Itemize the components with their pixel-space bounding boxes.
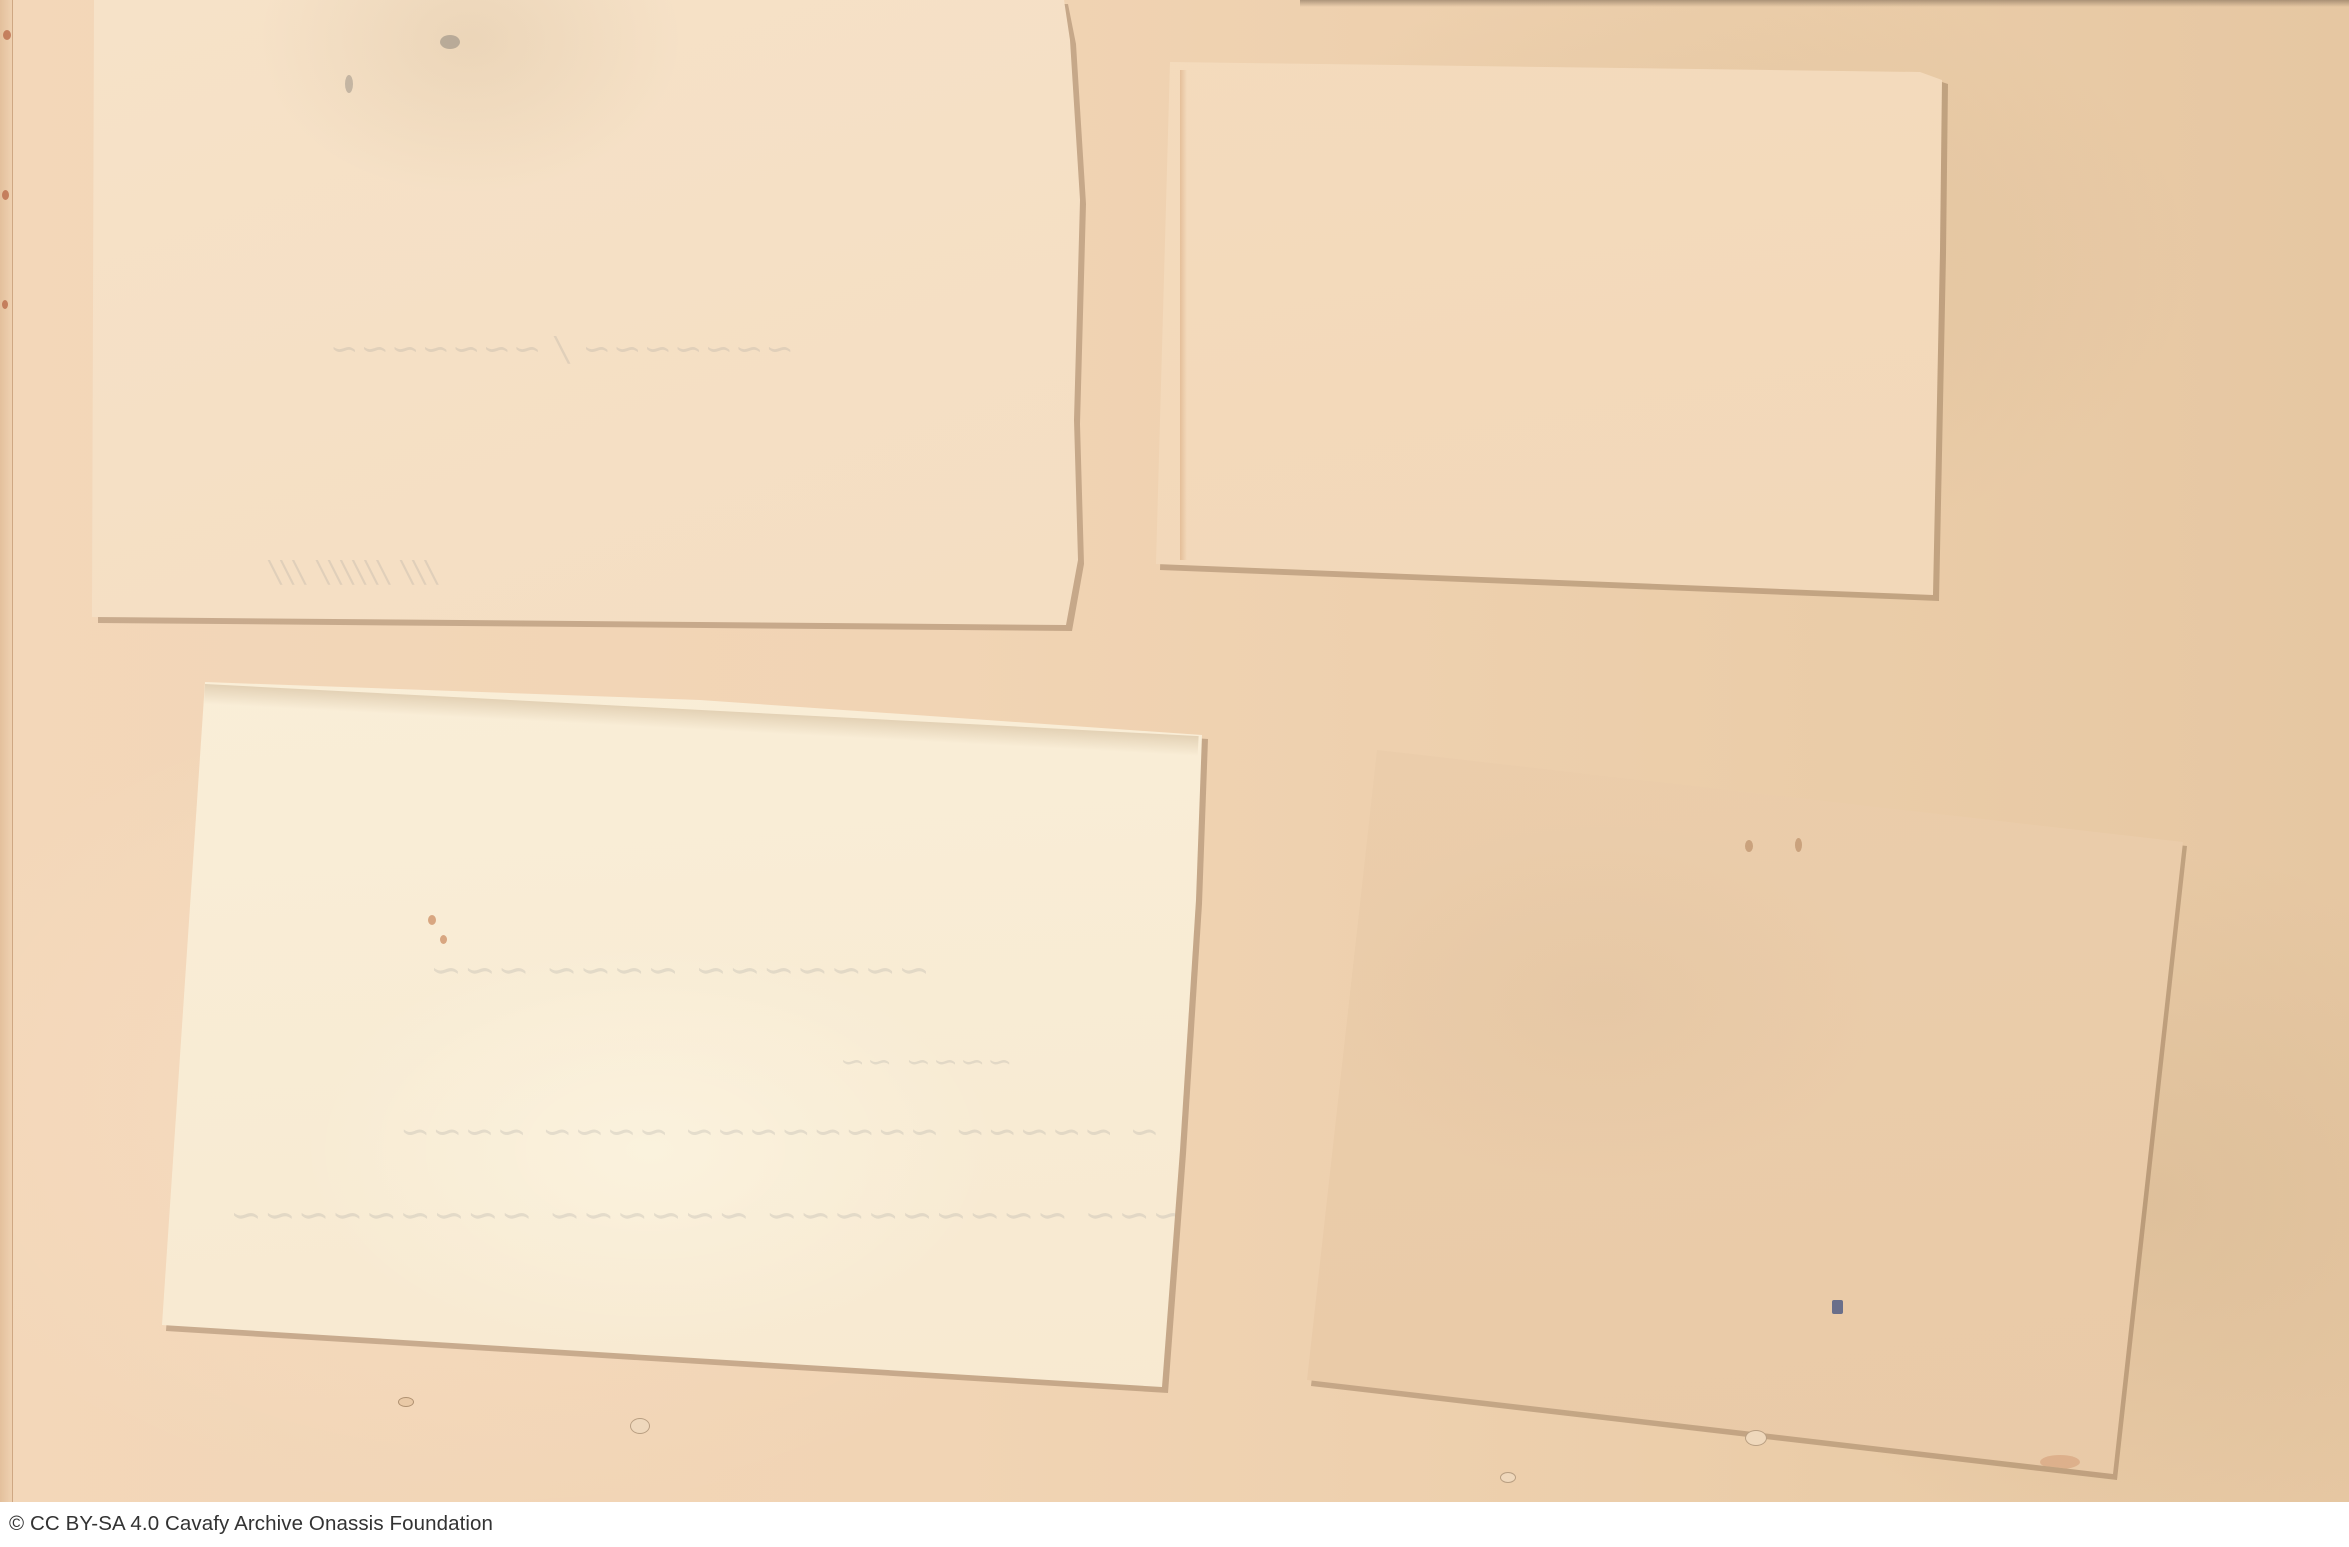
show-through-text: ~~ ~~~~: [840, 1045, 1014, 1080]
rust-spot: [3, 30, 11, 40]
show-through-text: ~~~~~~~ / ~~~~~~~: [330, 330, 796, 370]
binding-strip: [0, 0, 13, 1502]
credit-line: © CC BY-SA 4.0 Cavafy Archive Onassis Fo…: [9, 1511, 493, 1537]
ink-smudge: [345, 75, 353, 93]
page-top-edge-shadow: [1300, 0, 2349, 7]
rust-spot: [2, 300, 8, 309]
edge-foxing: [1180, 70, 1187, 560]
scanned-album-page: ~~~~~~~ / ~~~~~~~ /// ////// /// ~~~ ~~~…: [0, 0, 2349, 1502]
paper-debris: [630, 1418, 650, 1434]
rust-spot: [440, 935, 447, 944]
stain-spot: [1795, 838, 1802, 852]
stain-spot: [1745, 840, 1753, 852]
rust-spot: [428, 915, 436, 925]
paper-debris: [1745, 1430, 1767, 1446]
deckled-edge: [204, 684, 1199, 756]
show-through-text: ~~~~~~~~~ ~~~~~~ ~~~~~~~~~ ~~~~~: [230, 1195, 1254, 1239]
footer: © CC BY-SA 4.0 Cavafy Archive Onassis Fo…: [0, 1502, 2349, 1547]
show-through-text: ~~~ ~~~~ ~~~~~~~: [430, 950, 932, 994]
ink-smudge: [440, 35, 460, 49]
paper-debris: [1500, 1472, 1516, 1483]
rust-spot: [2, 190, 9, 200]
show-through-text: /// ////// ///: [270, 555, 438, 590]
paper-debris: [398, 1397, 414, 1407]
show-through-text: ~~~~ ~~~~ ~~~~~~~~ ~~~~~ ~: [400, 1112, 1161, 1153]
small-blue-fragment: [1832, 1300, 1843, 1314]
